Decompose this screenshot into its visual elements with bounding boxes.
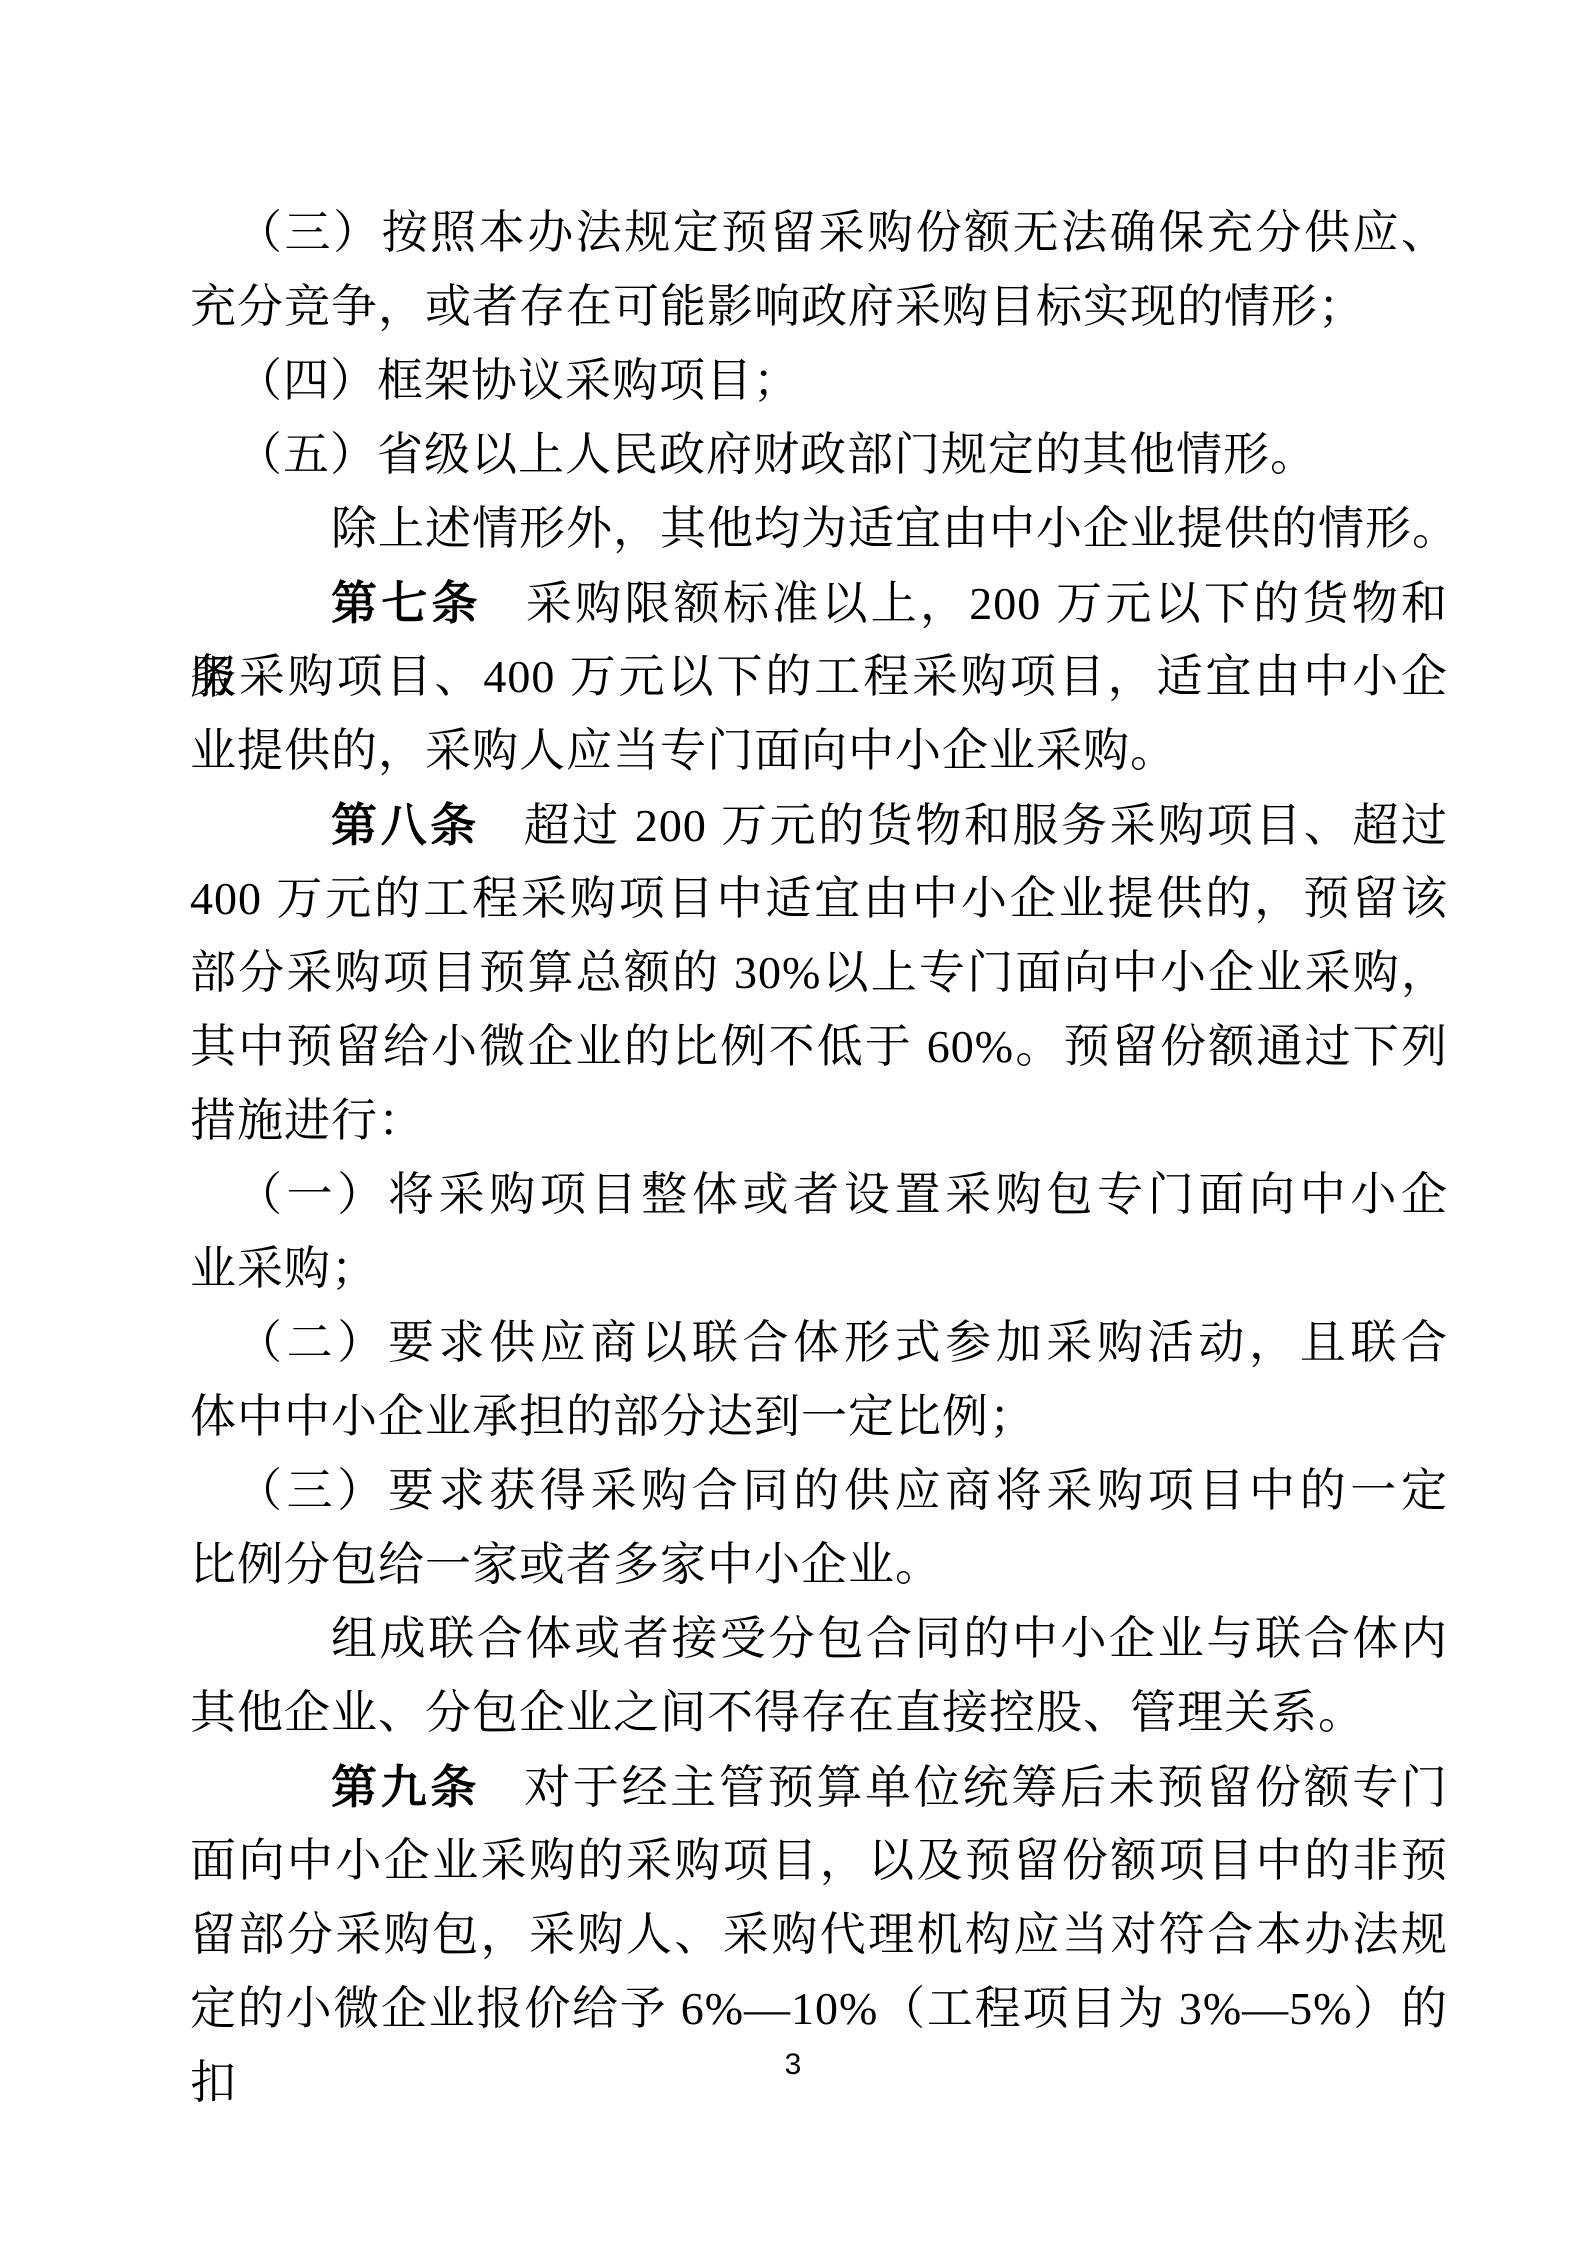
- text-line: 定的小微企业报价给予 6%—10%（工程项目为 3%—5%）的扣: [190, 1972, 1448, 2046]
- text-line: 组成联合体或者接受分包合同的中小企业与联合体内: [190, 1602, 1448, 1676]
- text-line: 其中预留给小微企业的比例不低于 60%。预留份额通过下列: [190, 1010, 1448, 1084]
- text-line: 留部分采购包，采购人、采购代理机构应当对符合本办法规: [190, 1898, 1448, 1972]
- article-number: 第八条: [331, 799, 480, 851]
- text-line: 部分采购项目预算总额的 30%以上专门面向中小企业采购，: [190, 936, 1448, 1010]
- document-body: （三）按照本办法规定预留采购份额无法确保充分供应、充分竞争，或者存在可能影响政府…: [190, 196, 1448, 2046]
- paragraph: （三）要求获得采购合同的供应商将采购项目中的一定比例分包给一家或者多家中小企业。: [190, 1454, 1448, 1602]
- text-line: 第九条对于经主管预算单位统筹后未预留份额专门: [190, 1750, 1448, 1824]
- text-line: （一）将采购项目整体或者设置采购包专门面向中小企: [190, 1158, 1448, 1232]
- text-line: 业采购；: [190, 1232, 1448, 1306]
- text-line: 业提供的，采购人应当专门面向中小企业采购。: [190, 714, 1448, 788]
- paragraph: （三）按照本办法规定预留采购份额无法确保充分供应、充分竞争，或者存在可能影响政府…: [190, 196, 1448, 344]
- paragraph: （二）要求供应商以联合体形式参加采购活动，且联合体中中小企业承担的部分达到一定比…: [190, 1306, 1448, 1454]
- text-line: （五）省级以上人民政府财政部门规定的其他情形。: [190, 418, 1448, 492]
- text-line: 体中中小企业承担的部分达到一定比例；: [190, 1380, 1448, 1454]
- page-footer: 3: [0, 2048, 1586, 2082]
- paragraph: 第九条对于经主管预算单位统筹后未预留份额专门面向中小企业采购的采购项目，以及预留…: [190, 1750, 1448, 2046]
- paragraph: 第七条采购限额标准以上，200 万元以下的货物和服务采购项目、400 万元以下的…: [190, 566, 1448, 788]
- page-number: 3: [785, 2048, 802, 2081]
- paragraph: 第八条超过 200 万元的货物和服务采购项目、超过400 万元的工程采购项目中适…: [190, 788, 1448, 1158]
- text-line: 措施进行：: [190, 1084, 1448, 1158]
- document-page: （三）按照本办法规定预留采购份额无法确保充分供应、充分竞争，或者存在可能影响政府…: [0, 0, 1586, 2245]
- paragraph: （四）框架协议采购项目；: [190, 344, 1448, 418]
- paragraph: （一）将采购项目整体或者设置采购包专门面向中小企业采购；: [190, 1158, 1448, 1306]
- text-line: （四）框架协议采购项目；: [190, 344, 1448, 418]
- paragraph: 除上述情形外，其他均为适宜由中小企业提供的情形。: [190, 492, 1448, 566]
- paragraph: 组成联合体或者接受分包合同的中小企业与联合体内其他企业、分包企业之间不得存在直接…: [190, 1602, 1448, 1750]
- text-line: 比例分包给一家或者多家中小企业。: [190, 1528, 1448, 1602]
- text-line: 400 万元的工程采购项目中适宜由中小企业提供的，预留该: [190, 862, 1448, 936]
- text-line: 务采购项目、400 万元以下的工程采购项目，适宜由中小企: [190, 640, 1448, 714]
- text-line: 面向中小企业采购的采购项目，以及预留份额项目中的非预: [190, 1824, 1448, 1898]
- paragraph: （五）省级以上人民政府财政部门规定的其他情形。: [190, 418, 1448, 492]
- text-line: （三）要求获得采购合同的供应商将采购项目中的一定: [190, 1454, 1448, 1528]
- text-line: 第七条采购限额标准以上，200 万元以下的货物和服: [190, 566, 1448, 640]
- text-line: 第八条超过 200 万元的货物和服务采购项目、超过: [190, 788, 1448, 862]
- text-line: （二）要求供应商以联合体形式参加采购活动，且联合: [190, 1306, 1448, 1380]
- text-line: 其他企业、分包企业之间不得存在直接控股、管理关系。: [190, 1676, 1448, 1750]
- article-number: 第九条: [331, 1761, 480, 1813]
- text-line: 除上述情形外，其他均为适宜由中小企业提供的情形。: [190, 492, 1448, 566]
- text-line: 充分竞争，或者存在可能影响政府采购目标实现的情形；: [190, 270, 1448, 344]
- article-number: 第七条: [331, 577, 482, 629]
- text-line: （三）按照本办法规定预留采购份额无法确保充分供应、: [190, 196, 1448, 270]
